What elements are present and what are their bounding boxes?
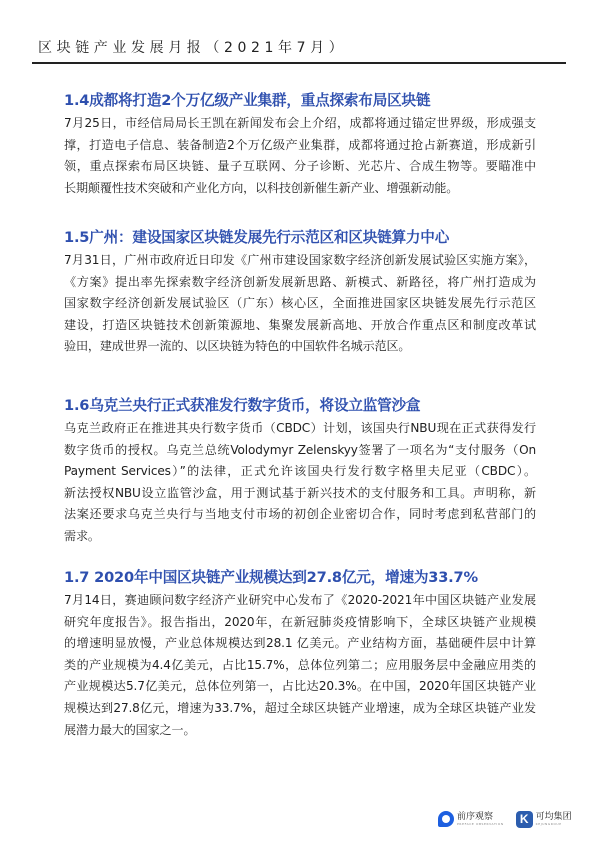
body-line: 的增速明显放慢，产业总体规模达到28.1 亿美元。产业结构方面，基础硬件层中计算 xyxy=(64,633,536,655)
body-line: 7月14日，赛迪顾问数字经济产业研究中心发布了《2020-2021年中国区块链产… xyxy=(64,590,536,612)
section-heading: 1.7 2020年中国区块链产业规模达到27.8亿元，增速为33.7% xyxy=(64,568,536,588)
body-line: 展潜力最大的国家之一。 xyxy=(64,720,536,742)
section-body: 7月31日，广州市政府近日印发《广州市建设国家数字经济创新发展试验区实施方案》，… xyxy=(64,250,536,358)
section-1-7: 1.7 2020年中国区块链产业规模达到27.8亿元，增速为33.7% 7月14… xyxy=(64,568,536,741)
body-line: 乌克兰政府正在推进其央行数字货币（CBDC）计划，该国央行NBU现在正式获得发行 xyxy=(64,418,536,440)
body-line: 需求。 xyxy=(64,526,536,548)
body-line: 数字货币的授权。乌克兰总统Volodymyr Zelenskyy签署了一项名为“… xyxy=(64,440,536,462)
section-body: 7月14日，赛迪顾问数字经济产业研究中心发布了《2020-2021年中国区块链产… xyxy=(64,590,536,741)
section-heading: 1.4成都将打造2个万亿级产业集群，重点探索布局区块链 xyxy=(64,91,536,111)
header-divider xyxy=(32,62,566,64)
body-line: 长期颠覆性技术突破和产业化方向，以科技创新催生新产业、增强新动能。 xyxy=(64,178,536,200)
body-line: 新法授权NBU设立监管沙盒，用于测试基于新兴技术的支付服务和工具。声明称，新 xyxy=(64,483,536,505)
section-1-5: 1.5广州：建设国家区块链发展先行示范区和区块链算力中心 7月31日，广州市政府… xyxy=(64,228,536,358)
section-heading: 1.5广州：建设国家区块链发展先行示范区和区块链算力中心 xyxy=(64,228,536,248)
body-line: 产业规模达5.7亿美元，总体位列第一，占比达20.3%。在中国，2020年国区块… xyxy=(64,676,536,698)
body-line: 类的产业规模为4.4亿美元，占比15.7%，总体位列第二；应用服务层中金融应用类… xyxy=(64,655,536,677)
body-line: 研究年度报告》。报告指出，2020年，在新冠肺炎疫情影响下，全球区块链产业规模 xyxy=(64,612,536,634)
body-line: 7月25日，市经信局局长王凯在新闻发布会上介绍，成都将通过锚定世界级，形成强支 xyxy=(64,113,536,135)
kejun-logo-icon: K xyxy=(516,811,533,828)
section-1-4: 1.4成都将打造2个万亿级产业集群，重点探索布局区块链 7月25日，市经信局局长… xyxy=(64,91,536,199)
qianxu-logo: 前序观察 PREFACE OBSERVATION xyxy=(438,811,504,827)
page-header: 区块链产业发展月报（2021年7月） xyxy=(34,38,566,58)
logo-subtitle: KEJUNGROUP xyxy=(536,822,572,826)
body-line: 法案还要求乌克兰央行与当地支付市场的初创企业密切合作，同时考虑到私营部门的 xyxy=(64,504,536,526)
section-body: 7月25日，市经信局局长王凯在新闻发布会上介绍，成都将通过锚定世界级，形成强支 … xyxy=(64,113,536,199)
body-line: 撑，打造电子信息、装备制造2个万亿级产业集群，成都将通过抢占新赛道，形成新引 xyxy=(64,135,536,157)
logo-subtitle: PREFACE OBSERVATION xyxy=(457,822,504,826)
kejun-logo: K 可均集团 KEJUNGROUP xyxy=(516,811,572,828)
logo-name: 可均集团 xyxy=(536,812,572,822)
body-line: Payment Services）”的法律，正式允许该国央行发行数字格里夫尼亚（… xyxy=(64,461,536,483)
footer-logos: 前序观察 PREFACE OBSERVATION K 可均集团 KEJUNGRO… xyxy=(438,808,584,830)
body-line: 验田，建成世界一流的、以区块链为特色的中国软件名城示范区。 xyxy=(64,336,536,358)
section-1-6: 1.6乌克兰央行正式获准发行数字货币，将设立监管沙盒 乌克兰政府正在推进其央行数… xyxy=(64,396,536,548)
body-line: 7月31日，广州市政府近日印发《广州市建设国家数字经济创新发展试验区实施方案》， xyxy=(64,250,536,272)
section-body: 乌克兰政府正在推进其央行数字货币（CBDC）计划，该国央行NBU现在正式获得发行… xyxy=(64,418,536,548)
body-line: 国家数字经济创新发展试验区（广东）核心区，全面推进国家区块链发展先行示范区 xyxy=(64,293,536,315)
qianxu-logo-icon xyxy=(438,811,454,827)
body-line: 规模达到27.8亿元，增速为33.7%，超过全球区块链产业增速，成为全球区块链产… xyxy=(64,698,536,720)
logo-name: 前序观察 xyxy=(457,812,504,822)
body-line: 建设，打造区块链技术创新策源地、集聚发展新高地、开放合作重点区和制度改革试 xyxy=(64,315,536,337)
body-line: 《方案》提出率先探索数字经济创新发展新思路、新模式、新路径，将广州打造成为 xyxy=(64,272,536,294)
section-heading: 1.6乌克兰央行正式获准发行数字货币，将设立监管沙盒 xyxy=(64,396,536,416)
report-title: 区块链产业发展月报（2021年7月） xyxy=(34,38,566,58)
body-line: 领，重点探索布局区块链、量子互联网、分子诊断、光芯片、合成生物等。要瞄准中 xyxy=(64,156,536,178)
